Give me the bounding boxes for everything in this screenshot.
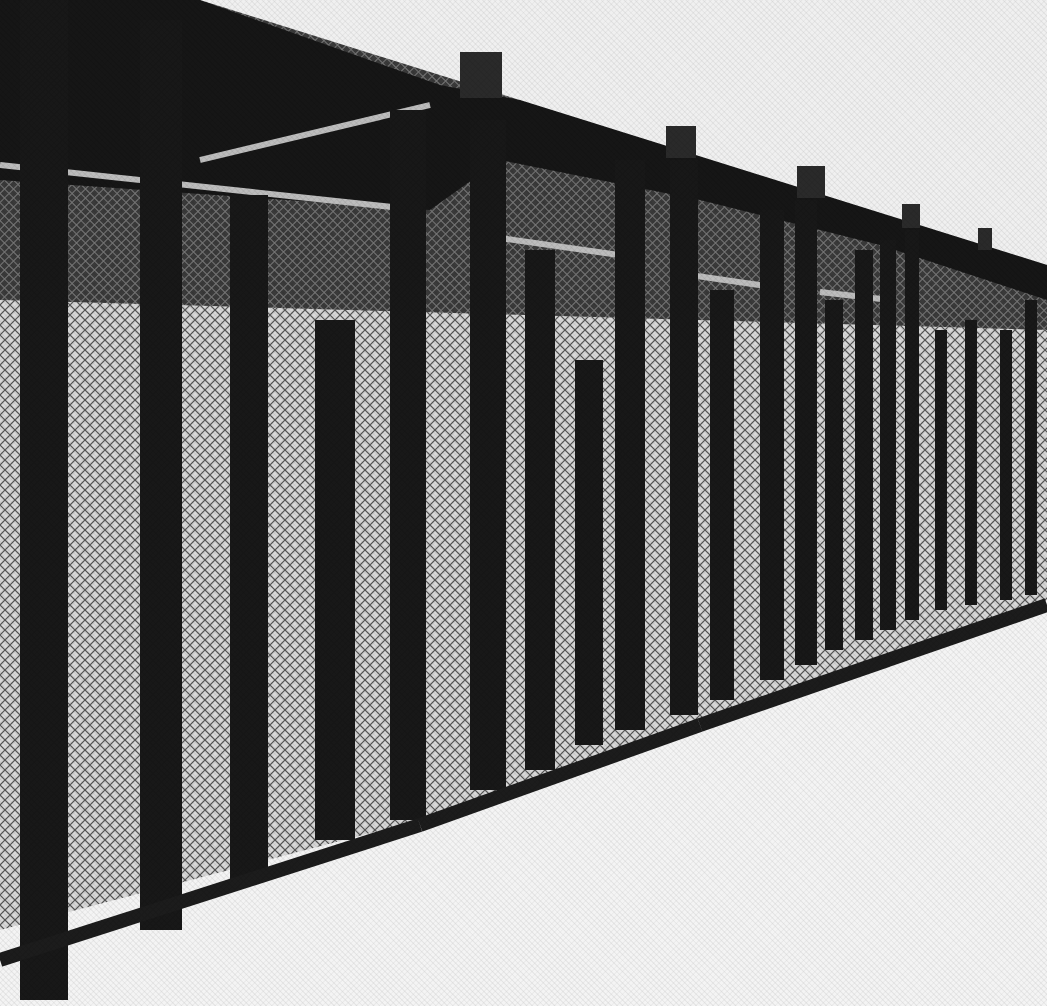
cage-row-photograph xyxy=(0,0,1047,1006)
photo-scene xyxy=(0,0,1047,1006)
